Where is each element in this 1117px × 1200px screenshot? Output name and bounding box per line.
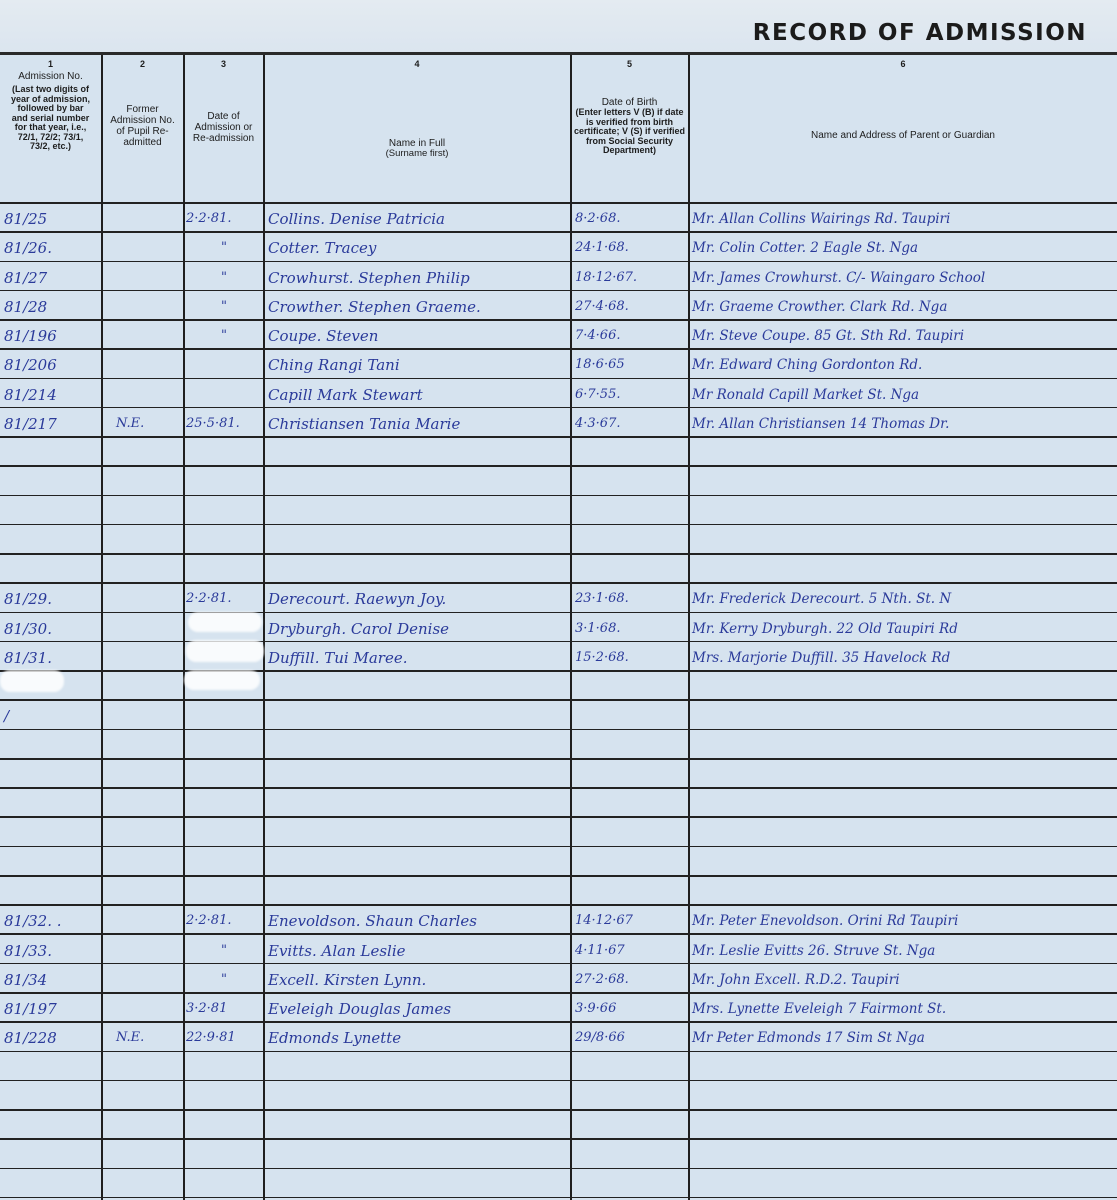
name-cell: Cotter. Tracey bbox=[268, 232, 568, 261]
table-row: 81/33."Evitts. Alan Leslie4·11·67Mr. Les… bbox=[0, 935, 1117, 964]
dob-cell: 6·7·55. bbox=[575, 379, 687, 408]
dob-cell: 29/8·66 bbox=[575, 1022, 687, 1051]
former-no-cell bbox=[116, 349, 181, 378]
admission-no-cell bbox=[4, 788, 99, 817]
admission-no-cell: 81/197 bbox=[4, 993, 99, 1022]
parent-cell: Mr Peter Edmonds 17 Sim St Nga bbox=[692, 1022, 1117, 1051]
former-no-cell bbox=[116, 847, 181, 876]
table-row: 81/1973·2·81Eveleigh Douglas James3·9·66… bbox=[0, 993, 1117, 1022]
admission-no-cell bbox=[4, 466, 99, 495]
date-admitted-cell: " bbox=[186, 232, 262, 261]
admission-no-cell bbox=[4, 437, 99, 466]
dob-cell: 27·2·68. bbox=[575, 964, 687, 993]
table-row: 81/228N.E.22·9·81Edmonds Lynette29/8·66M… bbox=[0, 1022, 1117, 1051]
parent-cell bbox=[692, 847, 1117, 876]
parent-cell: Mr. Frederick Derecourt. 5 Nth. St. N bbox=[692, 583, 1117, 612]
dob-cell bbox=[575, 876, 687, 905]
dob-cell: 3·9·66 bbox=[575, 993, 687, 1022]
admission-no-cell: 81/214 bbox=[4, 379, 99, 408]
parent-cell: Mr. John Excell. R.D.2. Taupiri bbox=[692, 964, 1117, 993]
table-row bbox=[0, 496, 1117, 525]
parent-cell bbox=[692, 671, 1117, 700]
dob-cell: 14·12·67 bbox=[575, 905, 687, 934]
admission-no-cell: 81/30. bbox=[4, 613, 99, 642]
date-admitted-cell: 3·2·81 bbox=[186, 993, 262, 1022]
former-no-cell bbox=[116, 964, 181, 993]
date-admitted-cell: " bbox=[186, 320, 262, 349]
name-cell: Crowhurst. Stephen Philip bbox=[268, 262, 568, 291]
former-no-cell bbox=[116, 1081, 181, 1110]
former-no-cell bbox=[116, 379, 181, 408]
admission-no-cell: 81/32. . bbox=[4, 905, 99, 934]
name-cell bbox=[268, 700, 568, 729]
column-header-dob: 5 Date of Birth (Enter letters V (B) if … bbox=[571, 55, 688, 203]
name-cell bbox=[268, 730, 568, 759]
date-admitted-cell bbox=[186, 554, 262, 583]
name-cell: Derecourt. Raewyn Joy. bbox=[268, 583, 568, 612]
parent-cell: Mr. Colin Cotter. 2 Eagle St. Nga bbox=[692, 232, 1117, 261]
dob-cell bbox=[575, 788, 687, 817]
parent-cell: Mrs. Marjorie Duffill. 35 Havelock Rd bbox=[692, 642, 1117, 671]
parent-cell bbox=[692, 437, 1117, 466]
table-row: 81/28"Crowther. Stephen Graeme.27·4·68.M… bbox=[0, 291, 1117, 320]
dob-cell: 15·2·68. bbox=[575, 642, 687, 671]
former-no-cell bbox=[116, 291, 181, 320]
table-row bbox=[0, 1081, 1117, 1110]
table-row bbox=[0, 671, 1117, 700]
table-row: 81/27"Crowhurst. Stephen Philip18·12·67.… bbox=[0, 262, 1117, 291]
former-no-cell: N.E. bbox=[116, 408, 181, 437]
parent-cell: Mr. Edward Ching Gordonton Rd. bbox=[692, 349, 1117, 378]
name-cell: Excell. Kirsten Lynn. bbox=[268, 964, 568, 993]
table-row bbox=[0, 466, 1117, 495]
former-no-cell bbox=[116, 554, 181, 583]
date-admitted-cell bbox=[186, 1052, 262, 1081]
dob-cell: 4·11·67 bbox=[575, 935, 687, 964]
admission-no-cell bbox=[4, 554, 99, 583]
date-admitted-cell bbox=[186, 496, 262, 525]
name-cell bbox=[268, 788, 568, 817]
admission-no-cell bbox=[4, 1110, 99, 1139]
dob-cell bbox=[575, 1052, 687, 1081]
parent-cell bbox=[692, 817, 1117, 846]
parent-cell bbox=[692, 525, 1117, 554]
admission-no-cell: 81/206 bbox=[4, 349, 99, 378]
dob-cell: 23·1·68. bbox=[575, 583, 687, 612]
name-cell bbox=[268, 525, 568, 554]
former-no-cell bbox=[116, 466, 181, 495]
parent-cell bbox=[692, 788, 1117, 817]
date-admitted-cell bbox=[186, 730, 262, 759]
former-no-cell bbox=[116, 759, 181, 788]
column-header-date-admission: 3 Date of Admission or Re-admission bbox=[184, 55, 263, 203]
dob-cell bbox=[575, 1110, 687, 1139]
parent-cell: Mr. Graeme Crowther. Clark Rd. Nga bbox=[692, 291, 1117, 320]
dob-cell: 18·12·67. bbox=[575, 262, 687, 291]
dob-cell: 4·3·67. bbox=[575, 408, 687, 437]
table-row: / bbox=[0, 700, 1117, 729]
date-admitted-cell bbox=[186, 759, 262, 788]
name-cell bbox=[268, 1110, 568, 1139]
former-no-cell bbox=[116, 496, 181, 525]
admission-no-cell: 81/25 bbox=[4, 203, 99, 232]
name-cell bbox=[268, 1139, 568, 1168]
column-number: 2 bbox=[102, 59, 183, 69]
table-row bbox=[0, 554, 1117, 583]
former-no-cell bbox=[116, 1139, 181, 1168]
date-admitted-cell bbox=[186, 349, 262, 378]
table-row bbox=[0, 730, 1117, 759]
table-row: 81/196"Coupe. Steven7·4·66.Mr. Steve Cou… bbox=[0, 320, 1117, 349]
date-admitted-cell: 22·9·81 bbox=[186, 1022, 262, 1051]
former-no-cell bbox=[116, 788, 181, 817]
name-cell bbox=[268, 759, 568, 788]
former-no-cell bbox=[116, 642, 181, 671]
admission-no-cell: / bbox=[4, 700, 99, 729]
date-admitted-cell: 2·2·81. bbox=[186, 203, 262, 232]
dob-cell bbox=[575, 730, 687, 759]
name-cell bbox=[268, 466, 568, 495]
name-cell: Edmonds Lynette bbox=[268, 1022, 568, 1051]
parent-cell: Mr. Leslie Evitts 26. Struve St. Nga bbox=[692, 935, 1117, 964]
dob-cell bbox=[575, 847, 687, 876]
date-admitted-cell: " bbox=[186, 291, 262, 320]
table-row bbox=[0, 817, 1117, 846]
column-header-admission-no: 1 Admission No. (Last two digits of year… bbox=[0, 55, 101, 203]
name-cell: Ching Rangi Tani bbox=[268, 349, 568, 378]
column-number: 3 bbox=[184, 59, 263, 69]
column-label: Former Admission No. of Pupil Re-admitte… bbox=[102, 69, 183, 148]
date-admitted-cell bbox=[186, 847, 262, 876]
dob-cell bbox=[575, 466, 687, 495]
date-admitted-cell bbox=[186, 437, 262, 466]
table-row bbox=[0, 1110, 1117, 1139]
former-no-cell bbox=[116, 232, 181, 261]
correction-fluid-mark bbox=[0, 670, 64, 692]
admission-no-cell: 81/34 bbox=[4, 964, 99, 993]
former-no-cell bbox=[116, 1110, 181, 1139]
former-no-cell bbox=[116, 730, 181, 759]
dob-cell bbox=[575, 671, 687, 700]
dob-cell bbox=[575, 817, 687, 846]
table-row bbox=[0, 1052, 1117, 1081]
former-no-cell bbox=[116, 671, 181, 700]
table-row bbox=[0, 525, 1117, 554]
column-number: 4 bbox=[264, 59, 570, 69]
column-label: Date of Birth bbox=[571, 69, 688, 108]
dob-cell bbox=[575, 1169, 687, 1198]
name-cell: Dryburgh. Carol Denise bbox=[268, 613, 568, 642]
date-admitted-cell bbox=[186, 788, 262, 817]
name-cell bbox=[268, 876, 568, 905]
former-no-cell bbox=[116, 1052, 181, 1081]
parent-cell bbox=[692, 700, 1117, 729]
table-row: 81/26."Cotter. Tracey24·1·68.Mr. Colin C… bbox=[0, 232, 1117, 261]
name-cell: Christiansen Tania Marie bbox=[268, 408, 568, 437]
table-row bbox=[0, 437, 1117, 466]
former-no-cell bbox=[116, 525, 181, 554]
admission-no-cell bbox=[4, 1081, 99, 1110]
name-cell: Crowther. Stephen Graeme. bbox=[268, 291, 568, 320]
date-admitted-cell bbox=[186, 1081, 262, 1110]
dob-cell bbox=[575, 554, 687, 583]
parent-cell bbox=[692, 496, 1117, 525]
date-admitted-cell: 2·2·81. bbox=[186, 905, 262, 934]
parent-cell bbox=[692, 466, 1117, 495]
column-header-row: 1 Admission No. (Last two digits of year… bbox=[0, 55, 1117, 203]
admission-no-cell bbox=[4, 496, 99, 525]
former-no-cell bbox=[116, 613, 181, 642]
dob-cell bbox=[575, 496, 687, 525]
parent-cell bbox=[692, 876, 1117, 905]
former-no-cell bbox=[116, 437, 181, 466]
dob-cell: 7·4·66. bbox=[575, 320, 687, 349]
former-no-cell bbox=[116, 203, 181, 232]
dob-cell: 18·6·65 bbox=[575, 349, 687, 378]
admission-no-cell: 81/28 bbox=[4, 291, 99, 320]
dob-cell: 3·1·68. bbox=[575, 613, 687, 642]
admission-no-cell bbox=[4, 817, 99, 846]
parent-cell bbox=[692, 1081, 1117, 1110]
column-header-former-no: 2 Former Admission No. of Pupil Re-admit… bbox=[102, 55, 183, 203]
dob-cell bbox=[575, 1139, 687, 1168]
name-cell bbox=[268, 671, 568, 700]
date-admitted-cell bbox=[186, 817, 262, 846]
name-cell: Coupe. Steven bbox=[268, 320, 568, 349]
dob-cell bbox=[575, 759, 687, 788]
parent-cell bbox=[692, 554, 1117, 583]
column-number: 5 bbox=[571, 59, 688, 69]
parent-cell bbox=[692, 730, 1117, 759]
former-no-cell bbox=[116, 320, 181, 349]
former-no-cell bbox=[116, 935, 181, 964]
table-row: 81/32. .2·2·81.Enevoldson. Shaun Charles… bbox=[0, 905, 1117, 934]
dob-cell: 27·4·68. bbox=[575, 291, 687, 320]
correction-fluid-mark bbox=[186, 640, 264, 662]
parent-cell: Mr. Kerry Dryburgh. 22 Old Taupiri Rd bbox=[692, 613, 1117, 642]
parent-cell: Mrs. Lynette Eveleigh 7 Fairmont St. bbox=[692, 993, 1117, 1022]
date-admitted-cell: " bbox=[186, 935, 262, 964]
former-no-cell bbox=[116, 1169, 181, 1198]
table-row bbox=[0, 847, 1117, 876]
name-cell: Collins. Denise Patricia bbox=[268, 203, 568, 232]
table-row: 81/252·2·81.Collins. Denise Patricia8·2·… bbox=[0, 203, 1117, 232]
dob-cell bbox=[575, 1081, 687, 1110]
date-admitted-cell bbox=[186, 525, 262, 554]
name-cell bbox=[268, 1169, 568, 1198]
date-admitted-cell bbox=[186, 1169, 262, 1198]
table-row bbox=[0, 759, 1117, 788]
row-divider bbox=[0, 1197, 1117, 1199]
former-no-cell bbox=[116, 993, 181, 1022]
column-number: 1 bbox=[0, 59, 101, 69]
column-note: (Last two digits of year of admission, f… bbox=[0, 82, 101, 152]
dob-cell: 24·1·68. bbox=[575, 232, 687, 261]
parent-cell bbox=[692, 1052, 1117, 1081]
admission-no-cell bbox=[4, 1139, 99, 1168]
admission-no-cell: 81/217 bbox=[4, 408, 99, 437]
parent-cell bbox=[692, 759, 1117, 788]
date-admitted-cell bbox=[186, 466, 262, 495]
column-header-name: 4 Name in Full (Surname first) bbox=[264, 55, 570, 203]
correction-fluid-mark bbox=[184, 670, 260, 690]
date-admitted-cell bbox=[186, 700, 262, 729]
column-note: (Enter letters V (B) if date is verified… bbox=[571, 108, 688, 156]
column-header-parent: 6 Name and Address of Parent or Guardian bbox=[689, 55, 1117, 203]
table-row bbox=[0, 1169, 1117, 1198]
column-note: (Surname first) bbox=[264, 149, 570, 159]
former-no-cell bbox=[116, 905, 181, 934]
date-admitted-cell bbox=[186, 1139, 262, 1168]
table-row: 81/206Ching Rangi Tani18·6·65Mr. Edward … bbox=[0, 349, 1117, 378]
name-cell: Duffill. Tui Maree. bbox=[268, 642, 568, 671]
page-title: RECORD OF ADMISSION bbox=[753, 20, 1087, 46]
date-admitted-cell: " bbox=[186, 262, 262, 291]
admission-no-cell bbox=[4, 730, 99, 759]
name-cell: Capill Mark Stewart bbox=[268, 379, 568, 408]
former-no-cell: N.E. bbox=[116, 1022, 181, 1051]
name-cell bbox=[268, 1052, 568, 1081]
admission-no-cell bbox=[4, 759, 99, 788]
correction-fluid-mark bbox=[188, 612, 262, 632]
dob-cell bbox=[575, 525, 687, 554]
date-admitted-cell bbox=[186, 876, 262, 905]
parent-cell: Mr. Allan Christiansen 14 Thomas Dr. bbox=[692, 408, 1117, 437]
date-admitted-cell bbox=[186, 1110, 262, 1139]
admission-no-cell: 81/26. bbox=[4, 232, 99, 261]
parent-cell bbox=[692, 1139, 1117, 1168]
table-row bbox=[0, 788, 1117, 817]
former-no-cell bbox=[116, 876, 181, 905]
column-label: Date of Admission or Re-admission bbox=[184, 69, 263, 144]
name-cell: Evitts. Alan Leslie bbox=[268, 935, 568, 964]
admission-no-cell bbox=[4, 1052, 99, 1081]
admission-no-cell bbox=[4, 847, 99, 876]
column-number: 6 bbox=[689, 59, 1117, 69]
parent-cell: Mr. Peter Enevoldson. Orini Rd Taupiri bbox=[692, 905, 1117, 934]
name-cell bbox=[268, 1081, 568, 1110]
table-row: 81/30.Dryburgh. Carol Denise3·1·68.Mr. K… bbox=[0, 613, 1117, 642]
former-no-cell bbox=[116, 583, 181, 612]
parent-cell: Mr Ronald Capill Market St. Nga bbox=[692, 379, 1117, 408]
dob-cell: 8·2·68. bbox=[575, 203, 687, 232]
table-row bbox=[0, 876, 1117, 905]
parent-cell bbox=[692, 1110, 1117, 1139]
column-label: Name in Full bbox=[264, 69, 570, 149]
admission-no-cell: 81/228 bbox=[4, 1022, 99, 1051]
date-admitted-cell: " bbox=[186, 964, 262, 993]
admission-no-cell: 81/27 bbox=[4, 262, 99, 291]
column-label: Name and Address of Parent or Guardian bbox=[689, 69, 1117, 141]
table-row: 81/34"Excell. Kirsten Lynn.27·2·68.Mr. J… bbox=[0, 964, 1117, 993]
former-no-cell bbox=[116, 817, 181, 846]
parent-cell: Mr. Steve Coupe. 85 Gt. Sth Rd. Taupiri bbox=[692, 320, 1117, 349]
name-cell bbox=[268, 817, 568, 846]
table-row: 81/217N.E.25·5·81.Christiansen Tania Mar… bbox=[0, 408, 1117, 437]
former-no-cell bbox=[116, 262, 181, 291]
parent-cell: Mr. James Crowhurst. C/- Waingaro School bbox=[692, 262, 1117, 291]
date-admitted-cell: 25·5·81. bbox=[186, 408, 262, 437]
admission-no-cell: 81/33. bbox=[4, 935, 99, 964]
name-cell bbox=[268, 847, 568, 876]
table-row: 81/214Capill Mark Stewart6·7·55.Mr Ronal… bbox=[0, 379, 1117, 408]
name-cell: Eveleigh Douglas James bbox=[268, 993, 568, 1022]
parent-cell: Mr. Allan Collins Wairings Rd. Taupiri bbox=[692, 203, 1117, 232]
table-row: 81/29.2·2·81.Derecourt. Raewyn Joy.23·1·… bbox=[0, 583, 1117, 612]
parent-cell bbox=[692, 1169, 1117, 1198]
table-row bbox=[0, 1139, 1117, 1168]
former-no-cell bbox=[116, 700, 181, 729]
name-cell bbox=[268, 554, 568, 583]
admission-no-cell: 81/196 bbox=[4, 320, 99, 349]
column-label: Admission No. bbox=[0, 69, 101, 82]
admission-no-cell: 81/31. bbox=[4, 642, 99, 671]
date-admitted-cell: 2·2·81. bbox=[186, 583, 262, 612]
admission-no-cell bbox=[4, 525, 99, 554]
name-cell bbox=[268, 437, 568, 466]
dob-cell bbox=[575, 700, 687, 729]
name-cell: Enevoldson. Shaun Charles bbox=[268, 905, 568, 934]
admission-no-cell: 81/29. bbox=[4, 583, 99, 612]
admission-no-cell bbox=[4, 1169, 99, 1198]
dob-cell bbox=[575, 437, 687, 466]
name-cell bbox=[268, 496, 568, 525]
admission-no-cell bbox=[4, 876, 99, 905]
table-row: 81/31.Duffill. Tui Maree.15·2·68.Mrs. Ma… bbox=[0, 642, 1117, 671]
date-admitted-cell bbox=[186, 379, 262, 408]
